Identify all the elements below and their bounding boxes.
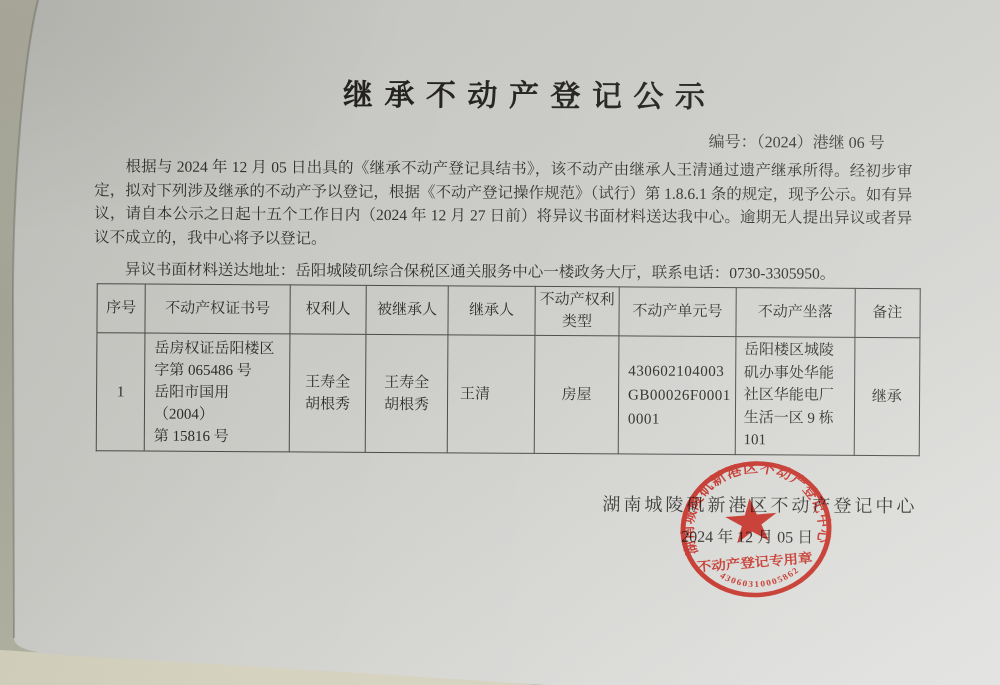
col-header-location: 不动产坐落 xyxy=(736,288,855,338)
col-header-heir: 继承人 xyxy=(448,286,535,336)
table-row: 1 岳房权证岳阳楼区 字第 065486 号 岳阳市国用（2004） 第 158… xyxy=(96,333,919,456)
col-header-remark: 备注 xyxy=(855,288,920,337)
cell-unit-no: 430602104003 GB00026F0001 0001 xyxy=(618,336,735,455)
notice-body: 根据与 2024 年 12 月 05 日出具的《继承不动产登记具结书》，该不动产… xyxy=(94,155,913,254)
cell-remark: 继承 xyxy=(854,337,920,455)
doc-number: 编号：（2024）港继 06 号 xyxy=(709,129,885,153)
seal-ring-text: 湖南城陵矶新港区不动产登记中心 xyxy=(673,454,835,557)
delivery-address-line: 异议书面材料送达地址：岳阳城陵矶综合保税区通关服务中心一楼政务大厅，联系电话：0… xyxy=(94,257,924,284)
cell-right-type: 房屋 xyxy=(534,335,619,454)
cell-certificate-no: 岳房权证岳阳楼区 字第 065486 号 岳阳市国用（2004） 第 15816… xyxy=(144,333,290,452)
seal-star xyxy=(724,496,779,544)
col-header-unit-no: 不动产单元号 xyxy=(619,287,736,337)
notice-document: 继 承 不 动 产 登 记 公 示 编号：（2024）港继 06 号 根据与 2… xyxy=(0,0,1000,685)
col-header-right-type: 不动产权利类型 xyxy=(535,286,619,336)
notice-title: 继 承 不 动 产 登 记 公 示 xyxy=(25,68,1000,118)
cell-decedent: 王寿全 胡根秀 xyxy=(365,334,448,452)
cell-right-holder: 王寿全 胡根秀 xyxy=(289,334,366,452)
cell-location: 岳阳楼区城陵 矶办事处华能 社区华能电厂 生活一区 9 栋 101 xyxy=(735,337,855,456)
cell-index: 1 xyxy=(96,333,145,451)
estate-table: 序号 不动产权证书号 权利人 被继承人 继承人 不动产权利类型 不动产单元号 不… xyxy=(96,283,921,456)
svg-text:湖南城陵矶新港区不动产登记中心: 湖南城陵矶新港区不动产登记中心 xyxy=(673,454,835,557)
table-header-row: 序号 不动产权证书号 权利人 被继承人 继承人 不动产权利类型 不动产单元号 不… xyxy=(97,284,920,338)
col-header-decedent: 被继承人 xyxy=(366,285,448,335)
cell-heir: 王清 xyxy=(447,335,535,454)
official-seal: 湖南城陵矶新港区不动产登记中心 不动产登记专用章 43060310005862 xyxy=(658,442,855,622)
col-header-right-holder: 权利人 xyxy=(290,285,366,334)
col-header-index: 序号 xyxy=(97,284,145,333)
photo-background: 继 承 不 动 产 登 记 公 示 编号：（2024）港继 06 号 根据与 2… xyxy=(0,0,1000,685)
col-header-certificate-no: 不动产权证书号 xyxy=(145,284,290,334)
